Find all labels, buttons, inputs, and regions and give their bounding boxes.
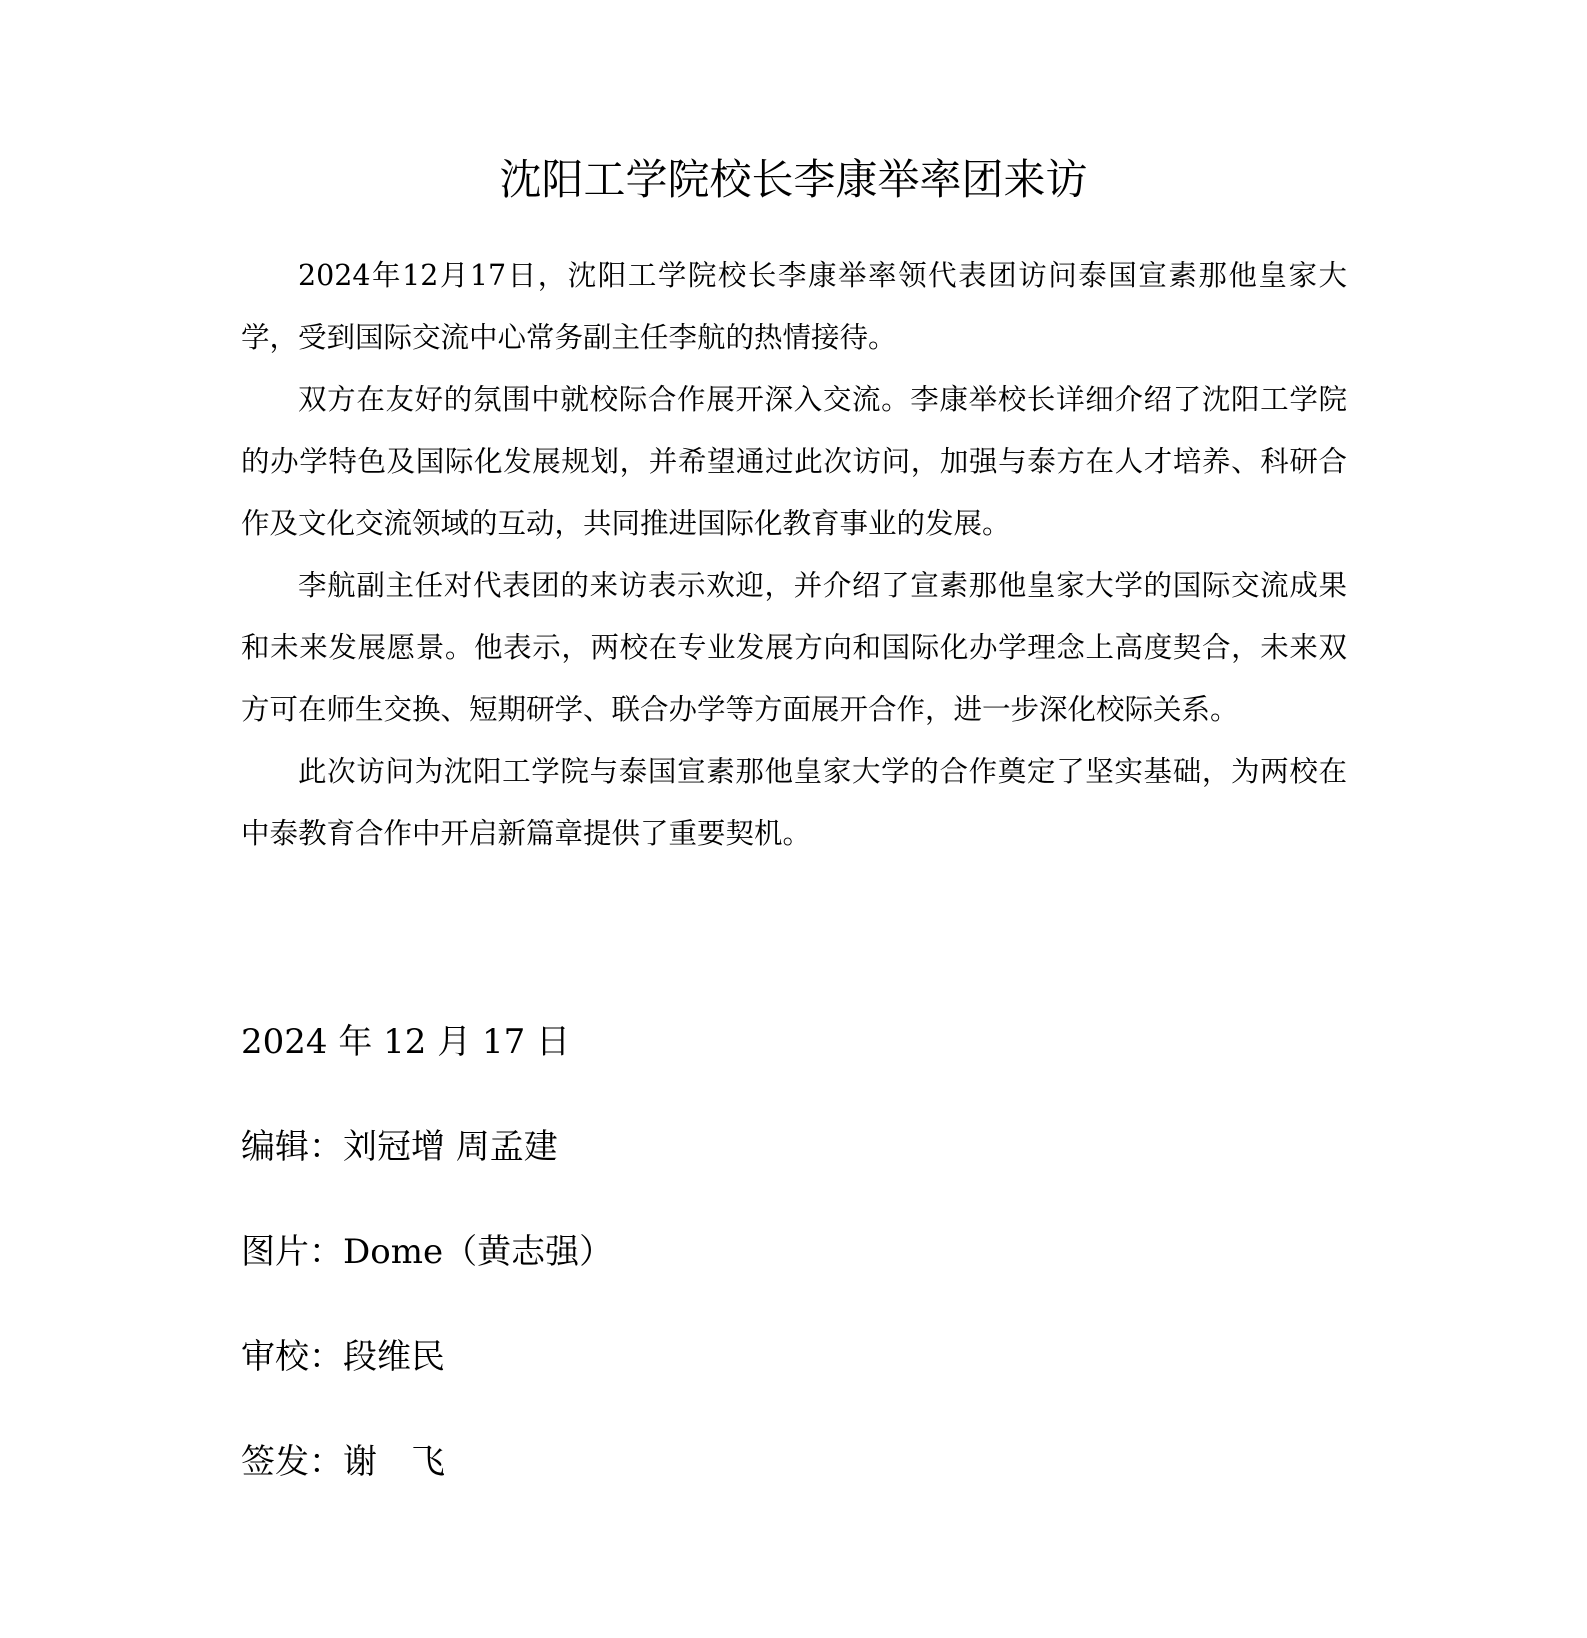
footer-date: 2024 年 12 月 17 日 (241, 1012, 1041, 1117)
footer-issuer: 签发：谢 飞 (241, 1432, 1041, 1537)
paragraph-welcome: 李航副主任对代表团的来访表示欢迎，并介绍了宣素那他皇家大学的国际交流成果和未来发… (241, 555, 1347, 741)
footer-editor: 编辑：刘冠增 周孟建 (241, 1117, 1041, 1222)
document-title: 沈阳工学院校长李康举率团来访 (0, 150, 1587, 210)
document-page: 沈阳工学院校长李康举率团来访 2024年12月17日，沈阳工学院校长李康举率领代… (0, 0, 1587, 1638)
footer-photo-credit: 图片：Dome（黄志强） (241, 1222, 1041, 1327)
paragraph-intro: 2024年12月17日，沈阳工学院校长李康举率领代表团访问泰国宣素那他皇家大学，… (241, 245, 1347, 369)
footer-proofreader: 审校：段维民 (241, 1327, 1041, 1432)
article-body: 2024年12月17日，沈阳工学院校长李康举率领代表团访问泰国宣素那他皇家大学，… (241, 245, 1347, 865)
paragraph-conclusion: 此次访问为沈阳工学院与泰国宣素那他皇家大学的合作奠定了坚实基础，为两校在中泰教育… (241, 741, 1347, 865)
article-footer: 2024 年 12 月 17 日 编辑：刘冠增 周孟建 图片：Dome（黄志强）… (241, 1012, 1041, 1537)
paragraph-exchange: 双方在友好的氛围中就校际合作展开深入交流。李康举校长详细介绍了沈阳工学院的办学特… (241, 369, 1347, 555)
